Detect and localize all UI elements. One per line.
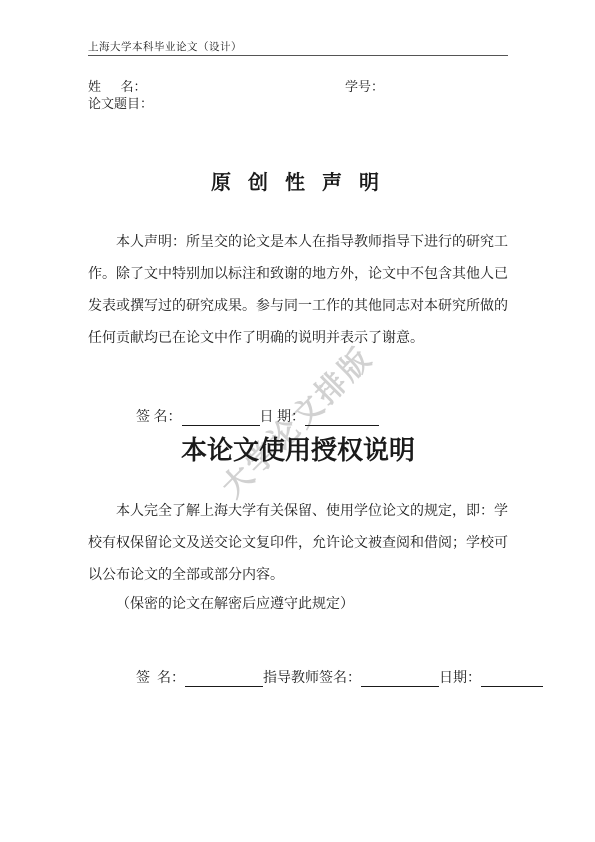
date-label: 日 期：: [260, 410, 306, 425]
authorization-title: 本论文使用授权说明: [88, 430, 508, 467]
declaration-title: 原 创 性 声 明: [88, 166, 508, 195]
confidential-note: （保密的论文在解密后应遵守此规定）: [88, 593, 508, 613]
date-blank: [481, 672, 543, 687]
declaration-body: 本人声明：所呈交的论文是本人在指导教师指导下进行的研究工作。除了文中特别加以标注…: [88, 227, 508, 355]
info-row-thesis-title: 论文题目：: [88, 93, 508, 112]
signature-label: 签 名：: [136, 671, 185, 686]
date-blank: [305, 411, 379, 426]
running-header: 上海大学本科毕业论文（设计）: [88, 39, 242, 54]
signature-label: 签 名：: [136, 410, 182, 425]
signature-blank: [185, 672, 263, 687]
date-label: 日期：: [439, 671, 481, 686]
thesis-title-label: 论文题目：: [88, 96, 153, 111]
authorization-signature-row: 签 名：指导教师签名：日期：: [88, 651, 585, 703]
signature-blank: [182, 411, 260, 426]
advisor-signature-label: 指导教师签名：: [263, 671, 361, 686]
name-label: 姓 名：: [88, 79, 147, 94]
advisor-signature-blank: [361, 672, 439, 687]
header-rule: [88, 55, 508, 56]
document-page: 大学论文排版 上海大学本科毕业论文（设计） 姓 名： 学号： 论文题目： 原 创…: [0, 0, 595, 842]
authorization-body: 本人完全了解上海大学有关保留、使用学位论文的规定，即：学校有权保留论文及送交论文…: [88, 496, 508, 592]
